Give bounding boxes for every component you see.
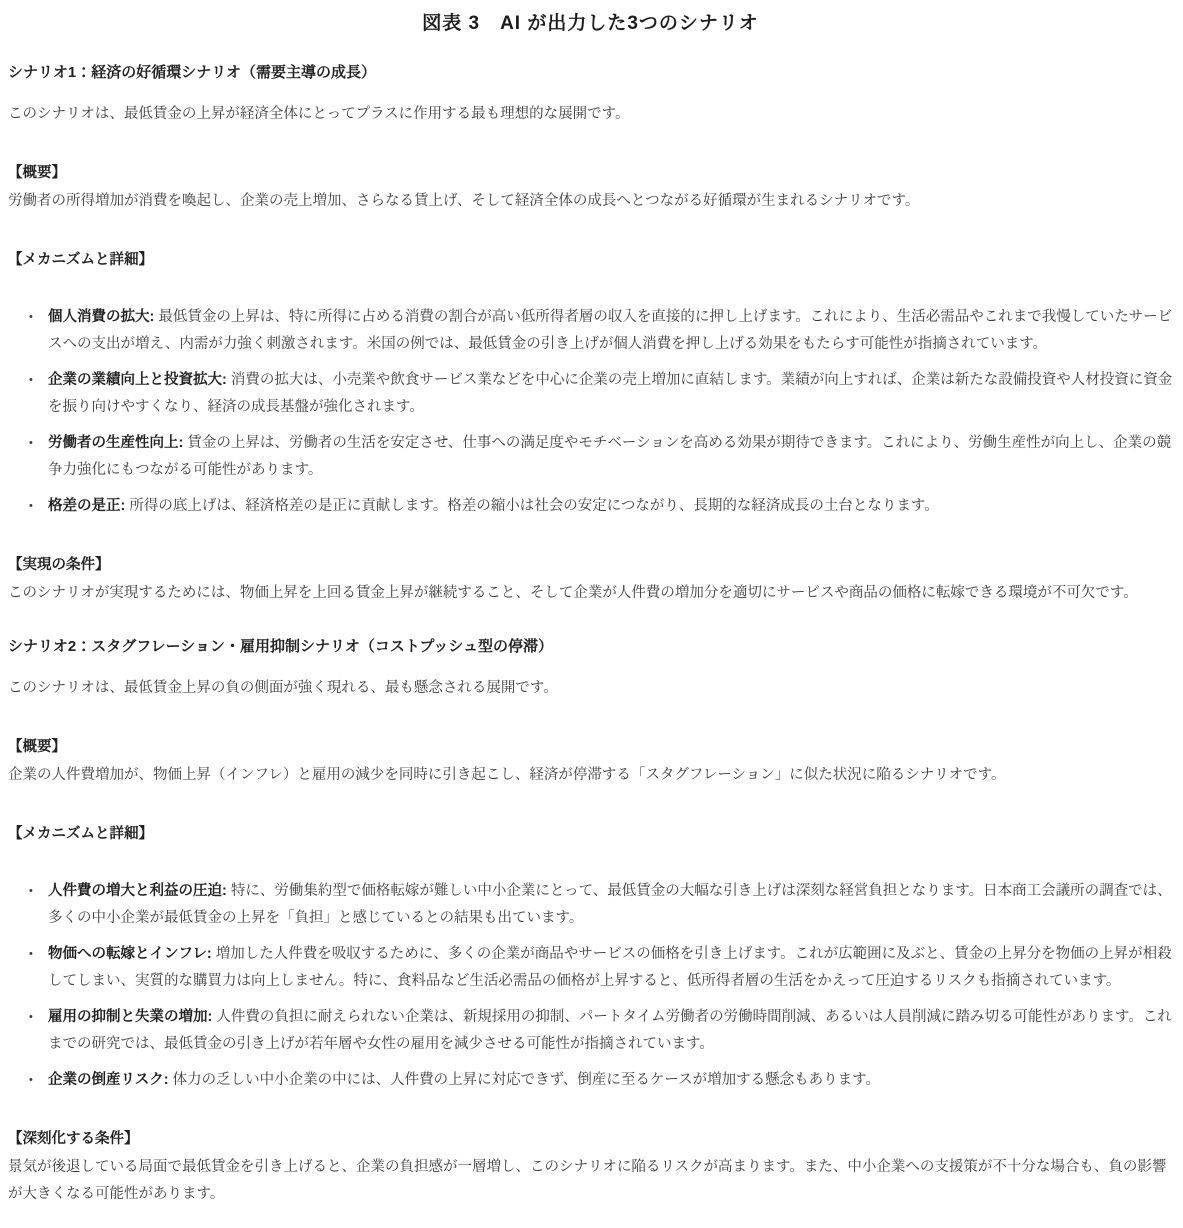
scenario-2-overview-text: 企業の人件費増加が、物価上昇（インフレ）と雇用の減少を同時に引き起こし、経済が停… <box>8 762 1173 789</box>
bullet-desc: 所得の底上げは、経済格差の是正に貢献します。格差の縮小は社会の安定につながり、長… <box>125 498 938 514</box>
scenario-1-heading: シナリオ1：経済の好循環シナリオ（需要主導の成長） <box>8 61 1173 85</box>
scenario-2-intro: このシナリオは、最低賃金上昇の負の側面が強く現れる、最も懸念される展開です。 <box>8 675 1173 702</box>
scenario-1-overview-text: 労働者の所得増加が消費を喚起し、企業の売上増加、さらなる賃上げ、そして経済全体の… <box>8 188 1173 215</box>
scenario-1-mechanism-label: 【メカニズムと詳細】 <box>8 247 1173 274</box>
bullet-term: 雇用の抑制と失業の増加: <box>48 1009 212 1025</box>
scenario-1-condition-label: 【実現の条件】 <box>8 552 1173 579</box>
scenario-1-condition-text: このシナリオが実現するためには、物価上昇を上回る賃金上昇が継続すること、そして企… <box>8 580 1173 607</box>
scenario-2-condition-text: 景気が後退している局面で最低賃金を引き上げると、企業の負担感が一層増し、このシナ… <box>8 1154 1173 1208</box>
scenario-1-intro: このシナリオは、最低賃金の上昇が経済全体にとってプラスに作用する最も理想的な展開… <box>8 101 1173 128</box>
document-page: 図表 3 AI が出力した3つのシナリオ シナリオ1：経済の好循環シナリオ（需要… <box>0 0 1183 1228</box>
bullet-desc: 人件費の負担に耐えられない企業は、新規採用の抑制、パートタイム労働者の労働時間削… <box>48 1009 1172 1052</box>
bullet-item: 格差の是正: 所得の底上げは、経済格差の是正に貢献します。格差の縮小は社会の安定… <box>48 493 1173 520</box>
bullet-item: 労働者の生産性向上: 賃金の上昇は、労働者の生活を安定させ、仕事への満足度やモチ… <box>48 430 1173 484</box>
bullet-desc: 増加した人件費を吸収するために、多くの企業が商品やサービスの価格を引き上げます。… <box>48 946 1172 989</box>
bullet-desc: 賃金の上昇は、労働者の生活を安定させ、仕事への満足度やモチベーションを高める効果… <box>48 435 1171 478</box>
bullet-desc: 最低賃金の上昇は、特に所得に占める消費の割合が高い低所得者層の収入を直接的に押し… <box>48 309 1172 352</box>
scenario-1-bullet-list: 個人消費の拡大: 最低賃金の上昇は、特に所得に占める消費の割合が高い低所得者層の… <box>8 304 1173 520</box>
bullet-term: 格差の是正: <box>48 498 125 514</box>
scenario-2-condition-label: 【深刻化する条件】 <box>8 1126 1173 1153</box>
scenario-1-overview-label: 【概要】 <box>8 160 1173 187</box>
bullet-term: 企業の倒産リスク: <box>48 1072 169 1088</box>
bullet-term: 企業の業績向上と投資拡大: <box>48 372 227 388</box>
scenario-2-section: シナリオ2：スタグフレーション・雇用抑制シナリオ（コストプッシュ型の停滞） この… <box>8 635 1173 1208</box>
scenario-2-bullet-list: 人件費の増大と利益の圧迫: 特に、労働集約型で価格転嫁が難しい中小企業にとって、… <box>8 878 1173 1094</box>
bullet-item: 個人消費の拡大: 最低賃金の上昇は、特に所得に占める消費の割合が高い低所得者層の… <box>48 304 1173 358</box>
bullet-item: 人件費の増大と利益の圧迫: 特に、労働集約型で価格転嫁が難しい中小企業にとって、… <box>48 878 1173 932</box>
page-title: 図表 3 AI が出力した3つのシナリオ <box>8 10 1173 37</box>
bullet-desc: 体力の乏しい中小企業の中には、人件費の上昇に対応できず、倒産に至るケースが増加す… <box>169 1072 880 1088</box>
bullet-item: 企業の業績向上と投資拡大: 消費の拡大は、小売業や飲食サービス業などを中心に企業… <box>48 367 1173 421</box>
bullet-item: 企業の倒産リスク: 体力の乏しい中小企業の中には、人件費の上昇に対応できず、倒産… <box>48 1067 1173 1094</box>
scenario-2-overview-label: 【概要】 <box>8 734 1173 761</box>
scenario-2-heading: シナリオ2：スタグフレーション・雇用抑制シナリオ（コストプッシュ型の停滞） <box>8 635 1173 659</box>
bullet-term: 労働者の生産性向上: <box>48 435 183 451</box>
bullet-item: 物価への転嫁とインフレ: 増加した人件費を吸収するために、多くの企業が商品やサー… <box>48 941 1173 995</box>
bullet-term: 個人消費の拡大: <box>48 309 154 325</box>
scenario-2-mechanism-label: 【メカニズムと詳細】 <box>8 821 1173 848</box>
scenario-1-section: シナリオ1：経済の好循環シナリオ（需要主導の成長） このシナリオは、最低賃金の上… <box>8 61 1173 607</box>
bullet-item: 雇用の抑制と失業の増加: 人件費の負担に耐えられない企業は、新規採用の抑制、パー… <box>48 1004 1173 1058</box>
bullet-term: 人件費の増大と利益の圧迫: <box>48 883 227 899</box>
bullet-term: 物価への転嫁とインフレ: <box>48 946 212 962</box>
